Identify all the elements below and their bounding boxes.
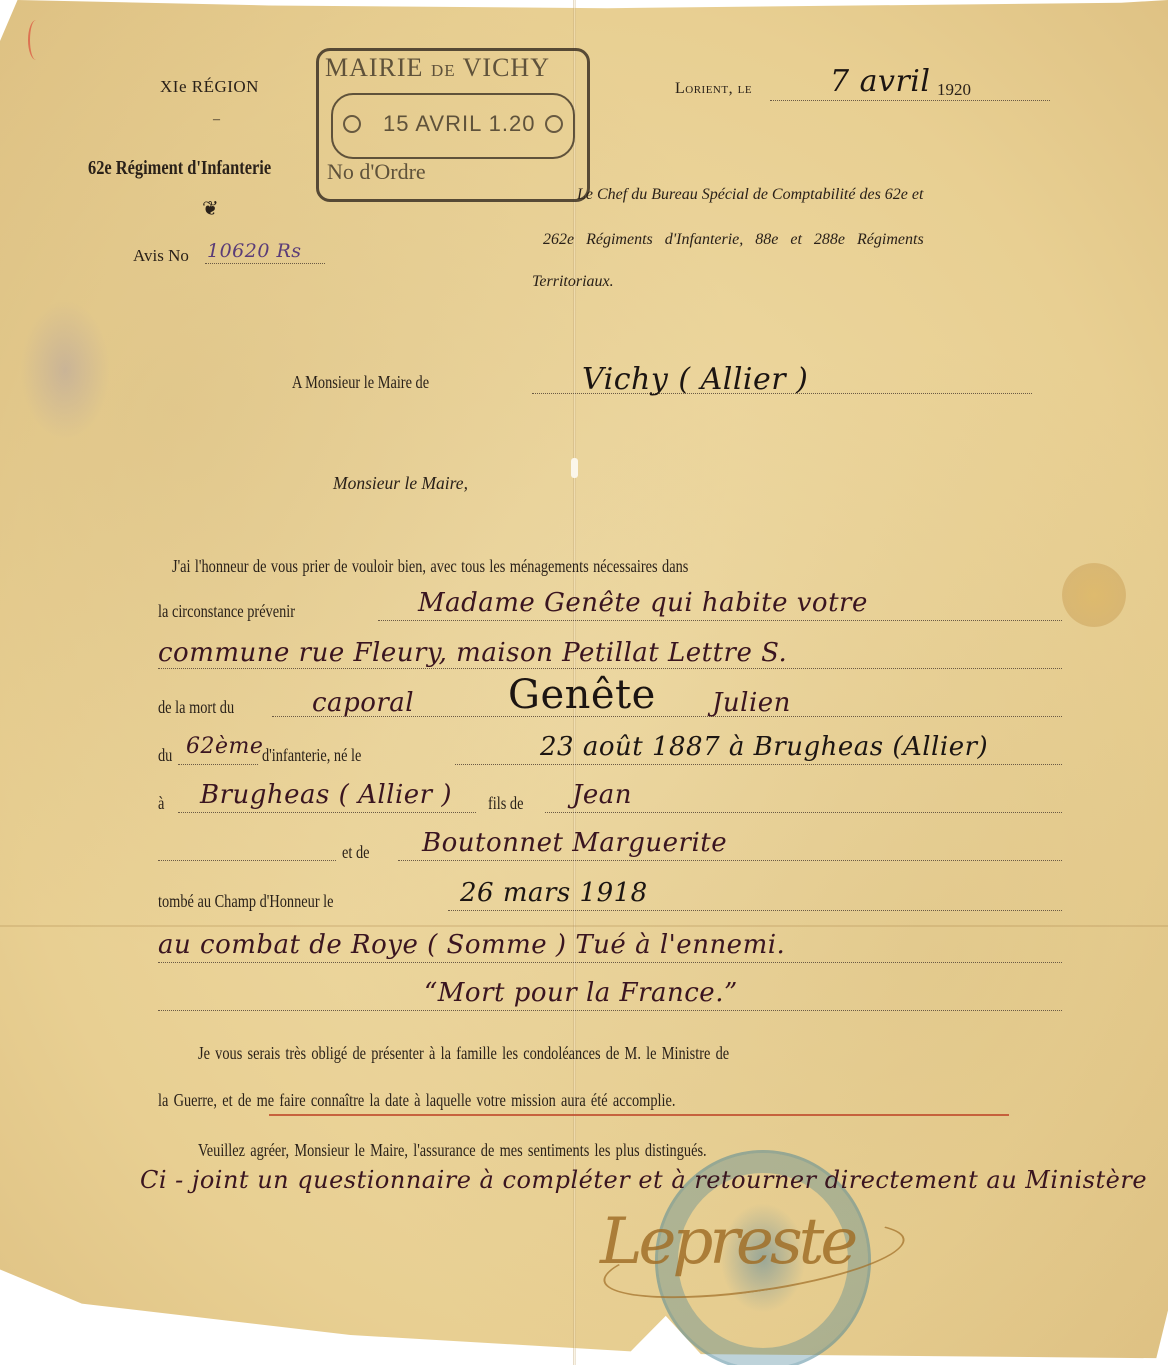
date-line (770, 100, 1050, 101)
fleuron-ornament-icon: ❦ (202, 196, 219, 221)
mention-value: “Mort pour la France.” (424, 978, 738, 1008)
addressee-label: A Monsieur le Maire de (292, 372, 429, 393)
signature: Lepreste (600, 1205, 854, 1279)
issuer-line-1: Le Chef du Bureau Spécial de Comptabilit… (577, 186, 923, 204)
mort-label: de la mort du (158, 697, 234, 718)
a-label: à (158, 793, 164, 814)
birth-value: 23 août 1887 à Brugheas (Allier) (540, 732, 988, 762)
firstname-value: Julien (712, 688, 791, 718)
addressee-value: Vichy ( Allier ) (582, 362, 808, 397)
mother-value: Boutonnet Marguerite (422, 828, 727, 858)
stamp-screw-icon (545, 115, 563, 133)
region-heading: XIe RÉGION (160, 77, 259, 97)
red-underline (269, 1114, 1009, 1116)
stamp-title-city: VICHY (463, 53, 550, 82)
death-date-line (448, 910, 1062, 911)
birth-line (455, 764, 1062, 765)
postscript-note: Ci - joint un questionnaire à compléter … (140, 1166, 1147, 1194)
regiment-line (178, 764, 258, 765)
stamp-screw-icon (343, 115, 361, 133)
place-label: Lorient, le (675, 80, 752, 98)
father-line (545, 812, 1062, 813)
stamp-title: MAIRIE DE VICHY (325, 53, 550, 83)
regiment-heading: 62e Régiment d'Infanterie (88, 157, 271, 180)
circumstance-line (158, 962, 1062, 963)
ink-smudge (20, 300, 110, 440)
tombe-label: tombé au Champ d'Honneur le (158, 891, 334, 912)
body-intro: J'ai l'honneur de vous prier de vouloir … (172, 556, 688, 577)
red-pencil-mark (28, 20, 44, 60)
du-label: du (158, 745, 172, 766)
condolences-line-2: la Guerre, et de me faire connaître la d… (158, 1090, 675, 1111)
paper-hole (571, 458, 578, 478)
mother-line (398, 860, 1062, 861)
prevenir-line-1 (378, 620, 1062, 621)
condolences-line-1: Je vous serais très obligé de présenter … (198, 1043, 729, 1064)
prevenir-value-2: commune rue Fleury, maison Petillat Lett… (158, 638, 787, 668)
avis-number-line (205, 263, 325, 264)
surname-value: Genête (508, 672, 656, 718)
mother-pre-line (158, 860, 336, 861)
avis-number-value: 10620 Rs (207, 240, 302, 262)
father-value: Jean (572, 780, 632, 810)
infanterie-label: d'infanterie, né le (262, 745, 361, 766)
residence-value: Brugheas ( Allier ) (200, 780, 452, 810)
stamp-title-main: MAIRIE (325, 53, 423, 82)
stain-mark (1062, 563, 1126, 627)
salutation: Monsieur le Maire, (333, 473, 468, 494)
avis-number-label: Avis No (133, 246, 189, 266)
stamp-title-de: DE (431, 61, 456, 80)
et-de-label: et de (342, 842, 369, 863)
mention-line (158, 1010, 1062, 1011)
residence-line (178, 812, 476, 813)
stamp-date-box: 15 AVRIL 1.20 (331, 93, 575, 159)
prevenir-label: la circonstance prévenir (158, 601, 295, 622)
prevenir-value-1: Madame Genête qui habite votre (418, 588, 868, 618)
prevenir-line-2 (158, 668, 1062, 669)
horizontal-fold-crease (0, 925, 1168, 927)
closing-line: Veuillez agréer, Monsieur le Maire, l'as… (198, 1140, 707, 1161)
letter-year: 1920 (937, 80, 971, 100)
issuer-line-3: Territoriaux. (532, 273, 614, 291)
rank-value: caporal (312, 688, 414, 718)
mairie-reception-stamp: MAIRIE DE VICHY 15 AVRIL 1.20 No d'Ordre (316, 48, 590, 202)
issuer-line-2: 262e Régiments d'Infanterie, 88e et 288e… (543, 231, 924, 249)
circumstance-value: au combat de Roye ( Somme ) Tué à l'enne… (158, 930, 785, 960)
stamp-date: 15 AVRIL 1.20 (383, 111, 535, 137)
regiment-value: 62ème (186, 734, 263, 759)
fils-label: fils de (488, 793, 523, 814)
letter-date: 7 avril (830, 64, 931, 99)
header-dash: – (213, 112, 220, 128)
death-date-value: 26 mars 1918 (460, 878, 648, 908)
stamp-order-label: No d'Ordre (327, 159, 426, 185)
